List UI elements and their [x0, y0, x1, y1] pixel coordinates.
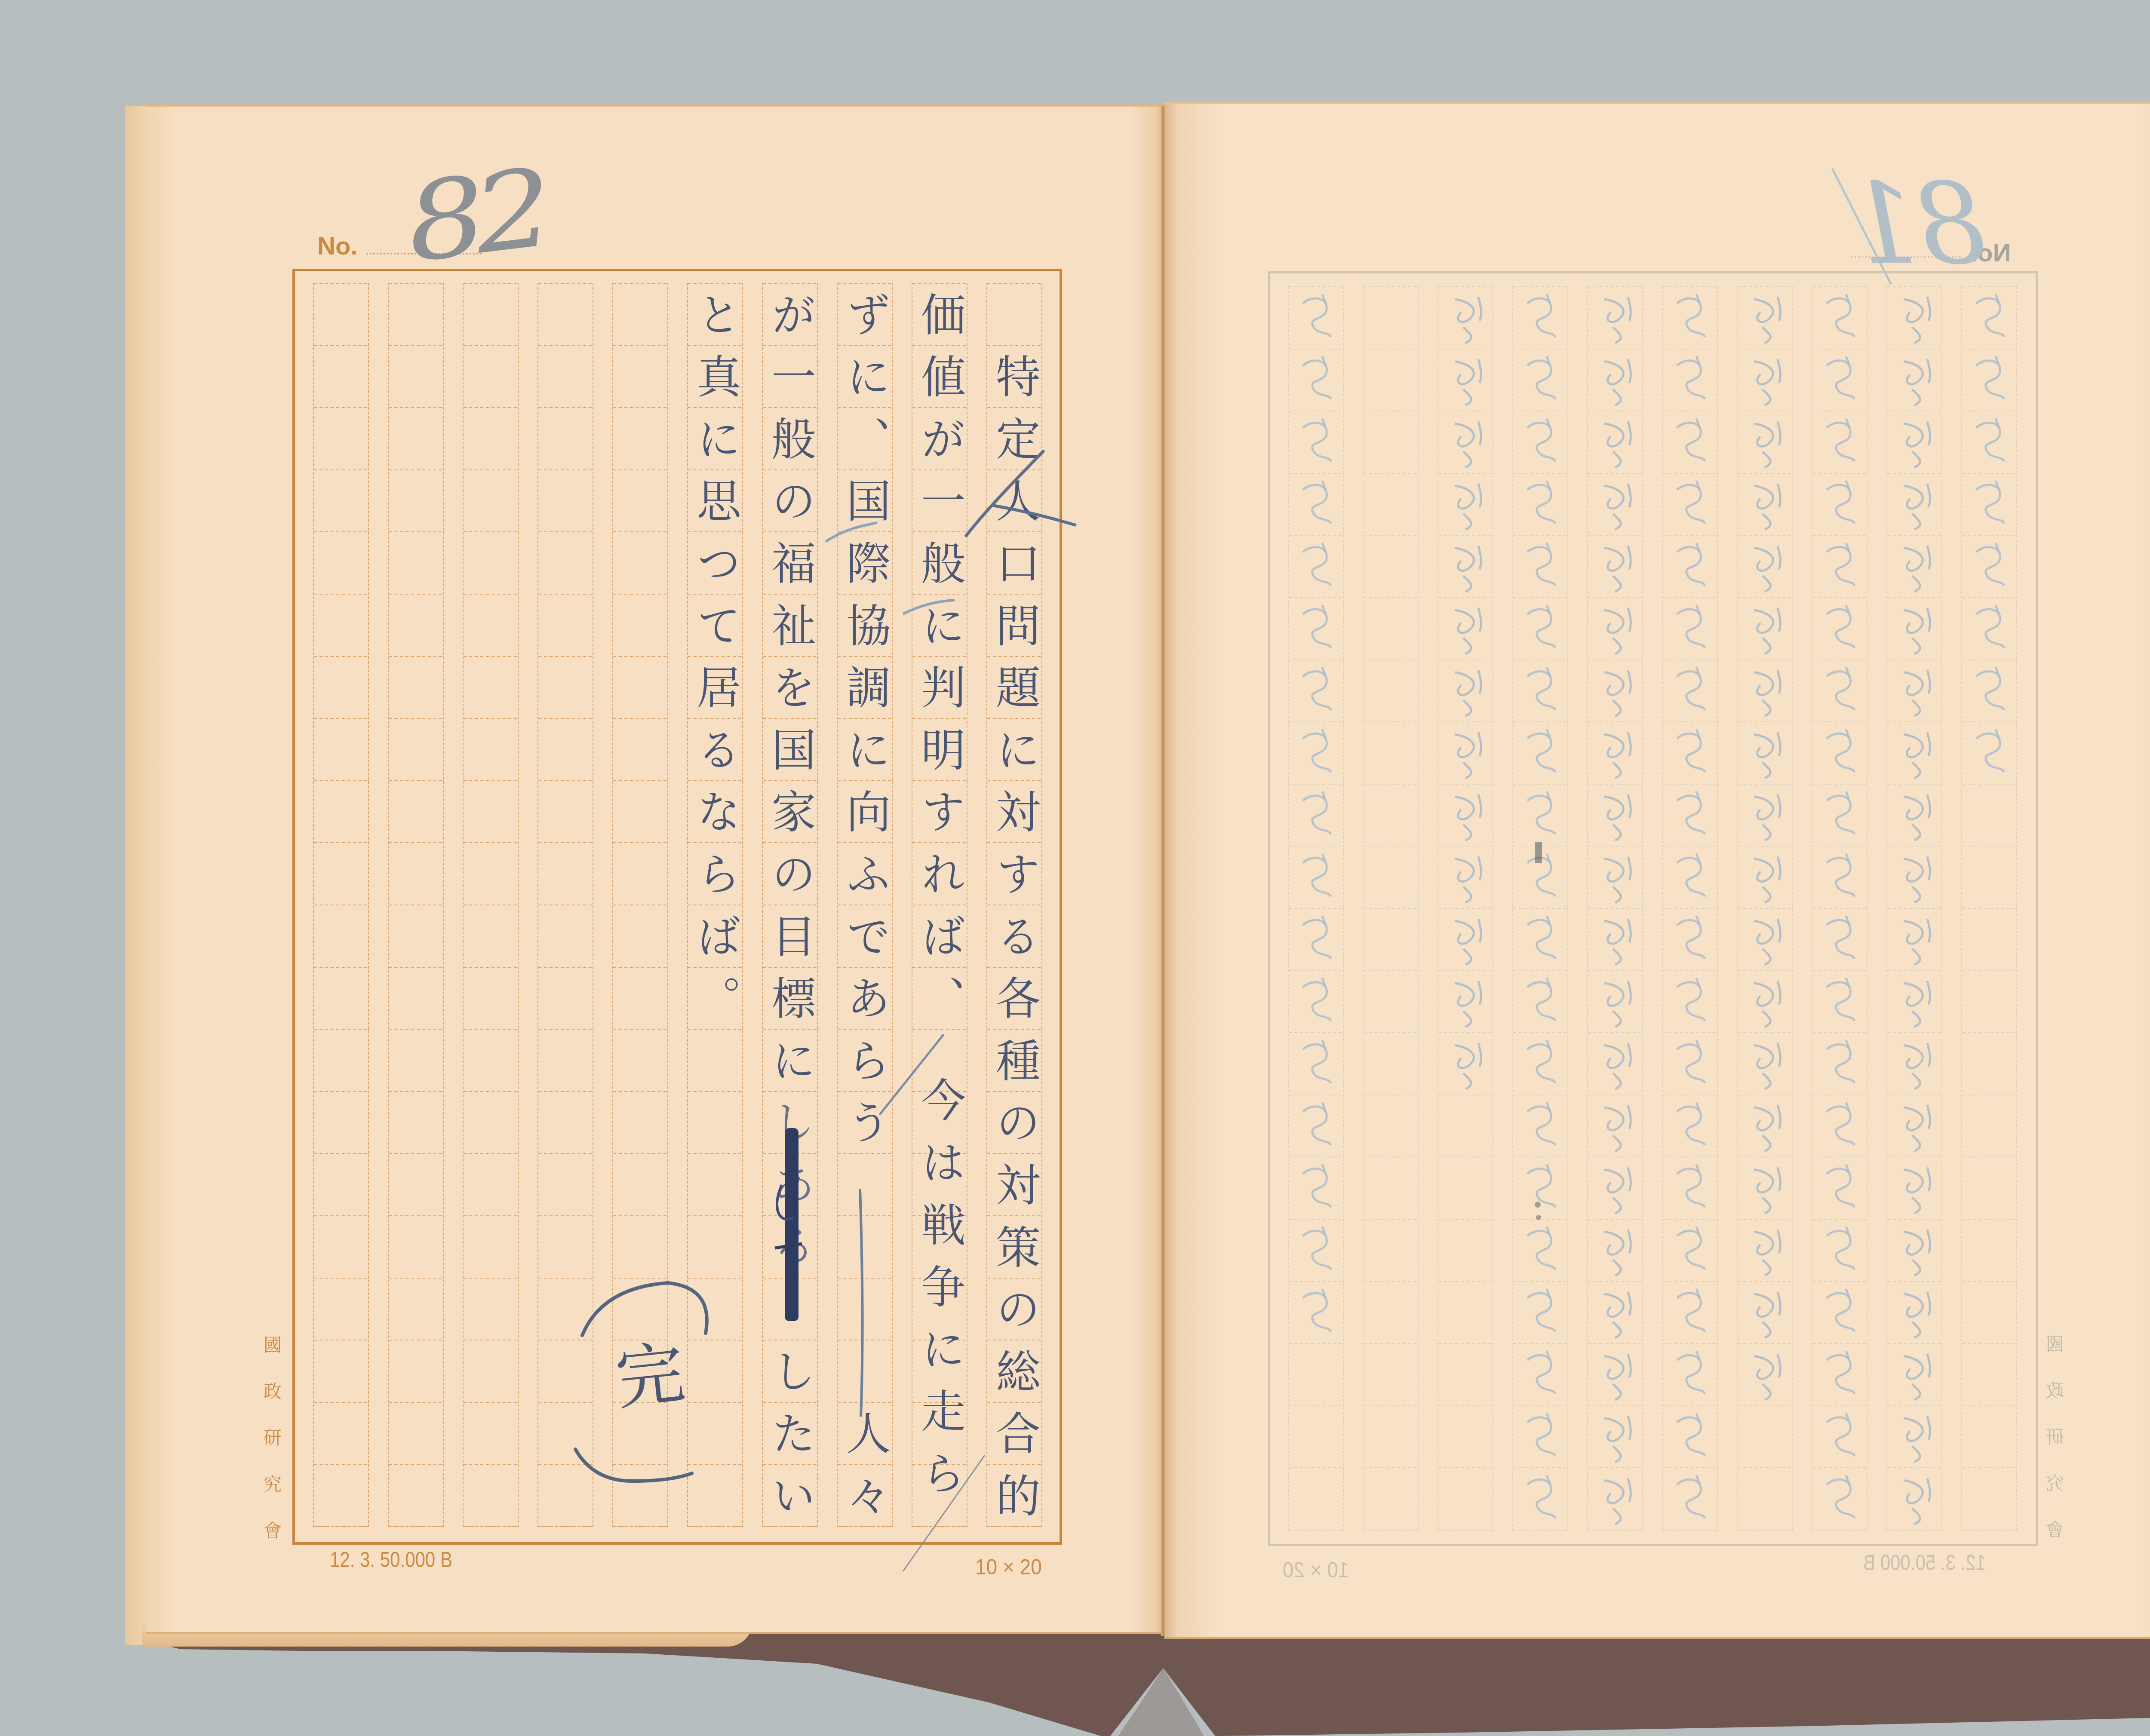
handwritten-page-number-mirrored: 81 [1852, 169, 1986, 280]
grid-size-label-mirrored: 10 × 20 [1286, 1559, 1349, 1581]
book-spread-scan: No. 82 國政研究會 12. 3. 50.000 B 10 × 20 特定人… [0, 0, 2150, 1736]
handwritten-editing-marks [146, 107, 1164, 1636]
right-page: No. 81 國政研究會 12. 3. 50.000 B 10 × 20 [1164, 102, 2150, 1639]
left-page: No. 82 國政研究會 12. 3. 50.000 B 10 × 20 特定人… [146, 104, 1164, 1634]
print-code-mirrored: 12. 3. 50.000 B [1877, 1552, 1986, 1573]
show-through-handwriting [1164, 104, 2150, 1641]
publisher-imprint-mirrored: 國政研究會 [2047, 1334, 2066, 1567]
